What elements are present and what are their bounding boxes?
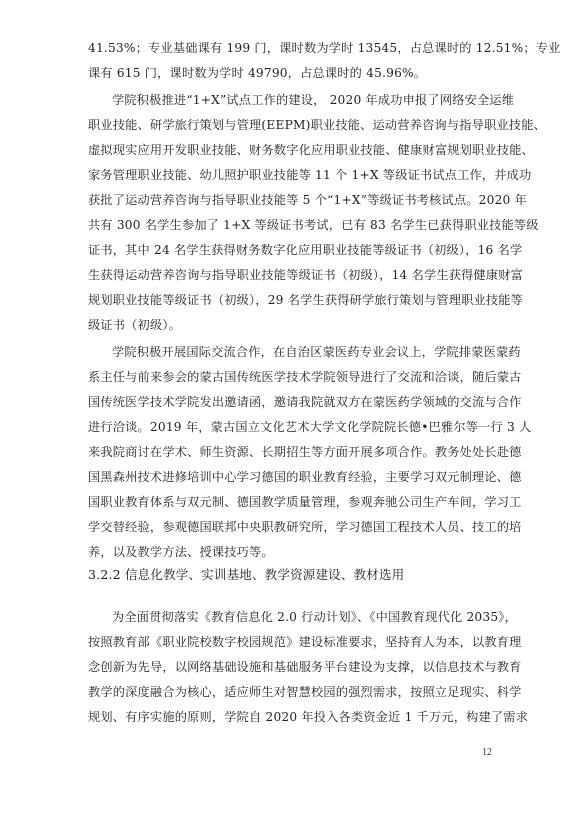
- paragraph-3-line-4: 进行洽谈。2019 年，蒙古国立文化艺术大学文化学院院长德•巴雅尔等一行 3 人: [88, 419, 508, 435]
- paragraph-4-line-4: 教学的深度融合为核心，适应师生对智慧校园的强烈需求，按照立足现实、科学: [88, 684, 508, 700]
- paragraph-3-line-5: 来我院商讨在学术、师生资源、长期招生等方面开展多项合作。教务处处长赴德: [88, 444, 508, 460]
- paragraph-2-line-7: 证书，其中 24 名学生获得财务数字化应用职业技能等级证书（初级），16 名学: [88, 242, 508, 258]
- paragraph-2-line-9: 规划职业技能等级证书（初级），29 名学生获得研学旅行策划与管理职业技能等: [88, 292, 508, 308]
- paragraph-4-line-1: 为全面贯彻落实《教育信息化 2.0 行动计划》、《中国教育现代化 2035》，: [112, 609, 532, 625]
- paragraph-2-line-10: 级证书（初级）。: [88, 317, 508, 333]
- paragraph-3-line-8: 学交替经验，参观德国联邦中央职教研究所，学习德国工程技术人员、技工的培: [88, 519, 508, 535]
- paragraph-2-line-5: 获批了运动营养咨询与指导职业技能等 5 个“1+X”等级证书考核试点。2020 …: [88, 192, 508, 208]
- paragraph-2-line-3: 虚拟现实应用开发职业技能、财务数字化应用职业技能、健康财富规划职业技能、: [88, 142, 508, 158]
- paragraph-3-line-9: 养，以及教学方法、授课技巧等。: [88, 544, 508, 560]
- paragraph-3-line-3: 国传统医学技术学院发出邀请函，邀请我院就双方在蒙医药学领域的交流与合作: [88, 394, 508, 410]
- document-page: 41.53%；专业基础课有 199 门，课时数为学时 13545，占总课时的 1…: [0, 0, 580, 820]
- paragraph-2-line-6: 共有 300 名学生参加了 1+X 等级证书考试，已有 83 名学生已获得职业技…: [88, 217, 508, 233]
- section-heading: 3.2.2 信息化教学、实训基地、教学资源建设、教材选用: [88, 567, 508, 583]
- paragraph-2-line-8: 生获得运动营养咨询与指导职业技能等级证书（初级），14 名学生获得健康财富: [88, 267, 508, 283]
- paragraph-2-line-2: 职业技能、研学旅行策划与管理(EEPM)职业技能、运动营养咨询与指导职业技能、: [88, 117, 508, 133]
- paragraph-3-line-1: 学院积极开展国际交流合作，在自治区蒙医药专业会议上，学院排蒙医蒙药: [112, 344, 532, 360]
- paragraph-4-line-2: 按照教育部《职业院校数字校园规范》建设标准要求，坚持育人为本，以教育理: [88, 634, 508, 650]
- page-number: 12: [482, 747, 492, 758]
- paragraph-1-line-1: 41.53%；专业基础课有 199 门，课时数为学时 13545，占总课时的 1…: [88, 40, 508, 56]
- paragraph-2-line-1: 学院积极推进“1+X”试点工作的建设， 2020 年成功申报了网络安全运维: [112, 92, 532, 108]
- paragraph-4-line-3: 念创新为先导，以网络基础设施和基础服务平台建设为支撑，以信息技术与教育: [88, 659, 508, 675]
- paragraph-2-line-4: 家务管理职业技能、幼儿照护职业技能等 11 个 1+X 等级证书试点工作，并成功: [88, 167, 508, 183]
- paragraph-3-line-7: 国职业教育体系与双元制、德国教学质量管理，参观奔驰公司生产车间，学习工: [88, 494, 508, 510]
- paragraph-3-line-6: 国黑森州技术进修培训中心学习德国的职业教育经验，主要学习双元制理论、德: [88, 469, 508, 485]
- paragraph-3-line-2: 系主任与前来参会的蒙古国传统医学技术学院领导进行了交流和洽谈，随后蒙古: [88, 369, 508, 385]
- paragraph-4-line-5: 规划、有序实施的原则，学院自 2020 年投入各类资金近 1 千万元，构建了需求: [88, 709, 508, 725]
- paragraph-1-line-2: 课有 615 门，课时数为学时 49790，占总课时的 45.96%。: [88, 65, 508, 81]
